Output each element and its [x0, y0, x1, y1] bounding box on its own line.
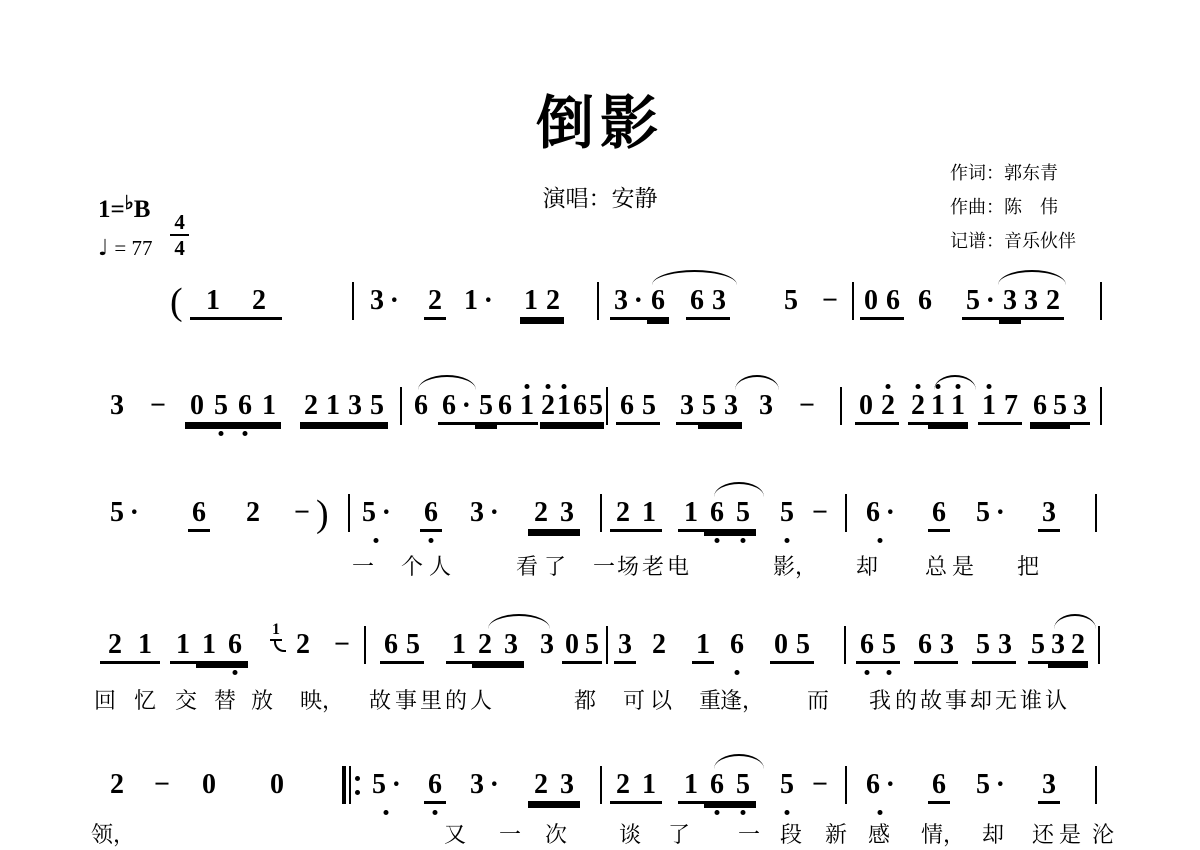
note: − — [150, 769, 174, 801]
lyric-syllable: 把 — [1017, 550, 1039, 581]
note: 1 — [636, 497, 662, 529]
note-group: 5 · — [106, 497, 143, 529]
lyric-syllable: 谈 — [619, 818, 641, 849]
note: 3 — [936, 629, 958, 661]
barline — [348, 494, 350, 532]
note: 6 — [704, 497, 730, 529]
lyric-syllable: 事 — [395, 684, 417, 715]
note: 3 — [536, 629, 558, 661]
note: 0 — [770, 629, 792, 661]
note: 2 — [106, 769, 128, 801]
barline — [400, 387, 402, 425]
note: 3 — [1070, 390, 1090, 422]
lyric-syllable: 以 — [650, 684, 672, 715]
note: 0 — [198, 769, 220, 801]
note-group: 3 — [1038, 769, 1060, 801]
note: 6 — [188, 497, 210, 529]
barline — [844, 626, 846, 664]
note: 6 — [420, 497, 442, 529]
note: 2 — [540, 390, 556, 422]
note-group: 3 — [755, 390, 777, 422]
note: 6 — [914, 285, 936, 317]
music-line: 5 ·62−)5 ·63 ·23211655−6 ·65 ·3 — [0, 497, 1200, 531]
lyric-syllable: 了 — [544, 550, 566, 581]
lyric-syllable: 逢， — [720, 684, 764, 715]
note-group: 3 — [614, 629, 636, 661]
note-group: 23 — [528, 497, 580, 529]
score: (123 ·21 ·123 ·6635−0665 ·3323−056121356… — [0, 0, 1200, 850]
note: 1 — [170, 629, 196, 661]
barline — [840, 387, 842, 425]
slur-arc — [1054, 614, 1096, 629]
note-group: 6 — [410, 390, 432, 422]
note: 3 — [720, 390, 742, 422]
note-group: 3 ·6 — [610, 285, 669, 317]
note: 6 — [424, 769, 446, 801]
barline — [1095, 494, 1097, 532]
note: 2 — [542, 285, 564, 317]
note-group: 2 — [292, 629, 314, 661]
note: 6 — [494, 390, 516, 422]
note-group: 1 — [692, 629, 714, 661]
note-group: 02 — [855, 390, 899, 422]
note-group: 6 ·5 — [438, 390, 497, 422]
note-group: 6 — [928, 769, 950, 801]
note-group: 53 — [972, 629, 1016, 661]
note-group: 05 — [562, 629, 602, 661]
note: 2 — [424, 285, 446, 317]
note-group: 6 — [928, 497, 950, 529]
note: 3 — [554, 497, 580, 529]
note-group: 21 — [610, 769, 662, 801]
note-group: 0 — [198, 769, 220, 801]
note-group: 61 — [494, 390, 538, 422]
note: 6 — [572, 390, 588, 422]
repeat-dot — [355, 776, 360, 781]
note: 3 — [994, 629, 1016, 661]
lyric-syllable: 回 — [94, 684, 116, 715]
note: 0 — [562, 629, 582, 661]
note: − — [795, 390, 819, 422]
lyric-syllable: 沦 — [1092, 818, 1114, 849]
lyric-syllable: 的 — [895, 684, 917, 715]
note-group: 3 · — [466, 497, 503, 529]
slur-arc — [714, 482, 764, 497]
lyric-syllable: 映， — [300, 684, 344, 715]
barline — [852, 282, 854, 320]
note: 6 — [914, 629, 936, 661]
note: 5 — [402, 629, 424, 661]
lyric-syllable: 都 — [574, 684, 596, 715]
note: 2 — [1042, 285, 1064, 317]
barline — [352, 282, 354, 320]
lyric-syllable: 电 — [667, 550, 689, 581]
lyric-syllable: 却 — [970, 684, 992, 715]
note: 5 · — [106, 497, 143, 529]
lyric-syllable: 故 — [920, 684, 942, 715]
note: 6 — [686, 285, 708, 317]
note-group: 6 — [188, 497, 210, 529]
note-group: 6 · — [862, 769, 899, 801]
note: 5 · — [358, 497, 395, 529]
note: 1 — [678, 769, 704, 801]
note: 3 — [614, 629, 636, 661]
barline — [364, 626, 366, 664]
lyrics-line: 领，又一次谈了一段新感情，却还是沦 — [0, 818, 1200, 848]
note-group: 3 · — [466, 769, 503, 801]
note: 3 — [755, 390, 777, 422]
lyric-syllable: 了 — [668, 818, 690, 849]
note: 5 · — [962, 285, 999, 317]
note: 6 · — [862, 497, 899, 529]
note: − — [818, 285, 842, 317]
note: 5 · — [972, 497, 1009, 529]
note-group: 12 — [190, 285, 282, 317]
lyric-syllable: 个 — [401, 550, 423, 581]
note: 5 — [1028, 629, 1048, 661]
note-group: 5 — [780, 285, 802, 317]
note: − — [290, 497, 314, 529]
note: 1 — [322, 390, 344, 422]
note: 6 — [410, 390, 432, 422]
slur-arc — [652, 270, 737, 285]
note: 2 — [100, 629, 130, 661]
note-group: 211 — [908, 390, 968, 422]
lyric-syllable: 替 — [214, 684, 236, 715]
note: 6 — [616, 390, 638, 422]
note: 2 — [242, 497, 264, 529]
lyric-syllable: 一 — [593, 550, 615, 581]
note: 5 — [972, 629, 994, 661]
note: 5 — [792, 629, 814, 661]
note-group: 3 · — [366, 285, 403, 317]
note: 3 — [1020, 285, 1042, 317]
note: 3 — [676, 390, 698, 422]
note: 5 — [780, 285, 802, 317]
note-group: 2165 — [540, 390, 604, 422]
note: 3 · — [466, 497, 503, 529]
note: 3 · — [466, 769, 503, 801]
slur-arc — [714, 754, 764, 769]
note: 2 — [610, 769, 636, 801]
note-group: − — [818, 285, 842, 317]
grace-note: 1 — [270, 621, 282, 641]
lyric-syllable: 一 — [352, 550, 374, 581]
lyric-syllable: 里 — [420, 684, 442, 715]
note: 2 — [300, 390, 322, 422]
note: 0 — [860, 285, 882, 317]
repeat-thin-bar — [349, 766, 351, 804]
barline — [606, 626, 608, 664]
lyric-syllable: 却 — [982, 818, 1004, 849]
note-group: 5 · — [972, 769, 1009, 801]
note: 3 — [999, 285, 1021, 317]
note-group: 165 — [678, 769, 756, 801]
lyric-syllable: 重 — [699, 684, 721, 715]
note: 6 · — [862, 769, 899, 801]
note-group: 63 — [914, 629, 958, 661]
note-group: − — [290, 497, 314, 529]
barline — [1095, 766, 1097, 804]
note: 6 · — [438, 390, 475, 422]
note: 5 — [878, 629, 900, 661]
note: 3 — [554, 769, 580, 801]
lyric-syllable: 看 — [516, 550, 538, 581]
note-group: 5 — [776, 497, 798, 529]
note-group: 532 — [1028, 629, 1088, 661]
barline — [845, 494, 847, 532]
note: − — [146, 390, 170, 422]
note: 7 — [1000, 390, 1022, 422]
note-group: 165 — [678, 497, 756, 529]
note-group: − — [795, 390, 819, 422]
intro-parenthesis: ) — [316, 492, 329, 536]
note: 6 — [647, 285, 669, 317]
note: 6 — [233, 390, 257, 422]
lyrics-line: 一个人看了一场老电影，却总是把 — [0, 550, 1200, 580]
note-group: 05 — [770, 629, 814, 661]
note-group: 3 — [1038, 497, 1060, 529]
lyric-syllable: 而 — [807, 684, 829, 715]
note: 0 — [266, 769, 288, 801]
repeat-thick-bar — [342, 766, 346, 804]
lyric-syllable: 人 — [429, 550, 451, 581]
repeat-dots — [355, 766, 360, 804]
note: 1 — [520, 285, 542, 317]
note: 6 — [928, 769, 950, 801]
lyric-syllable: 谁 — [1020, 684, 1042, 715]
note: 6 — [882, 285, 904, 317]
note: 5 · — [368, 769, 405, 801]
music-line: 3−0561213566 ·5612165653533−0221117653 — [0, 390, 1200, 424]
barline — [845, 766, 847, 804]
note-group: − — [808, 497, 832, 529]
barline — [1100, 387, 1102, 425]
note: 1 · — [460, 285, 497, 317]
note-group: 12 — [520, 285, 564, 317]
slur-arc — [934, 375, 976, 390]
note-group: 2135 — [300, 390, 388, 422]
note: 5 — [638, 390, 660, 422]
note: 1 — [556, 390, 572, 422]
note: 5 — [1050, 390, 1070, 422]
barline — [600, 766, 602, 804]
note: 2 — [292, 629, 314, 661]
note: 5 — [582, 629, 602, 661]
note-group: 353 — [676, 390, 742, 422]
music-line: (123 ·21 ·123 ·6635−0665 ·332 — [0, 285, 1200, 319]
note-group: 5 · — [368, 769, 405, 801]
note: 6 — [726, 629, 748, 661]
note: 2 — [908, 390, 928, 422]
barline — [597, 282, 599, 320]
note-group: − — [150, 769, 174, 801]
lyric-syllable: 感 — [868, 818, 890, 849]
note-group: 5 · — [972, 497, 1009, 529]
note: 6 — [380, 629, 402, 661]
note: 5 — [776, 769, 798, 801]
note-group: − — [808, 769, 832, 801]
note: 6 — [856, 629, 878, 661]
repeat-begin-barline — [342, 766, 360, 804]
note-group: − — [330, 629, 354, 661]
lyric-syllable: 情， — [921, 818, 965, 849]
lyric-syllable: 可 — [623, 684, 645, 715]
note-group: 0561 — [185, 390, 281, 422]
note-group: 5 — [776, 769, 798, 801]
note: 5 — [730, 769, 756, 801]
music-line: 2111612−65123305321605656353532 — [0, 629, 1200, 663]
note: 3 · — [366, 285, 403, 317]
sheet-music-page: 倒影 演唱：安静 作词：郭东青 作曲：陈 伟 记谱：音乐伙伴 1=♭B44 ♩=… — [0, 0, 1200, 850]
note: 2 — [528, 769, 554, 801]
lyric-syllable: 影， — [773, 550, 817, 581]
note-group: 2 — [106, 769, 128, 801]
note: 2 — [472, 629, 498, 661]
note-group: 2 — [242, 497, 264, 529]
note: 0 — [855, 390, 877, 422]
note: 3 — [1038, 497, 1060, 529]
lyric-syllable: 老 — [642, 550, 664, 581]
note-group: 116 — [170, 629, 248, 661]
note: 5 — [366, 390, 388, 422]
note-group: 17 — [978, 390, 1022, 422]
note: 5 · — [972, 769, 1009, 801]
note-group: 63 — [686, 285, 730, 317]
barline — [1100, 282, 1102, 320]
note: 2 — [1068, 629, 1088, 661]
lyric-syllable: 我 — [869, 684, 891, 715]
note: 1 — [446, 629, 472, 661]
lyric-syllable: 总 — [925, 550, 947, 581]
note-group: 5 · — [358, 497, 395, 529]
note: 2 — [648, 629, 670, 661]
note-group: 1 · — [460, 285, 497, 317]
note-group: 2 — [424, 285, 446, 317]
note: 5 — [209, 390, 233, 422]
lyric-syllable: 场 — [617, 550, 639, 581]
slur-arc — [418, 375, 476, 390]
note: 1 — [257, 390, 281, 422]
note-group: 21 — [100, 629, 160, 661]
note-group: 6 · — [862, 497, 899, 529]
note-group: 65 — [856, 629, 900, 661]
note: − — [808, 769, 832, 801]
note: 2 — [528, 497, 554, 529]
lyric-syllable: 的 — [445, 684, 467, 715]
note: 2 — [236, 285, 282, 317]
note-group: 6 — [424, 769, 446, 801]
note: 3 — [1048, 629, 1068, 661]
lyric-syllable: 段 — [780, 818, 802, 849]
note-group: 6 — [726, 629, 748, 661]
lyric-syllable: 忆 — [134, 684, 156, 715]
note-group: 32 — [1020, 285, 1064, 317]
note: 2 — [877, 390, 899, 422]
barline — [600, 494, 602, 532]
note: 5 — [776, 497, 798, 529]
note-group: 0 — [266, 769, 288, 801]
note: 1 — [978, 390, 1000, 422]
note-group: 06 — [860, 285, 904, 317]
note: 1 — [636, 769, 662, 801]
note-group: 3 — [536, 629, 558, 661]
note: 5 — [730, 497, 756, 529]
note-group: 23 — [528, 769, 580, 801]
lyric-syllable: 故 — [369, 684, 391, 715]
note: 3 — [498, 629, 524, 661]
lyric-syllable: 是 — [1059, 818, 1081, 849]
note: 6 — [222, 629, 248, 661]
lyric-syllable: 无 — [995, 684, 1017, 715]
note: 6 — [928, 497, 950, 529]
barline — [606, 387, 608, 425]
lyric-syllable: 次 — [545, 818, 567, 849]
note: 3 — [344, 390, 366, 422]
note-group: 65 — [616, 390, 660, 422]
lyric-syllable: 认 — [1045, 684, 1067, 715]
note: 1 — [130, 629, 160, 661]
note: 3 · — [610, 285, 647, 317]
note-group: 6 — [420, 497, 442, 529]
repeat-dot — [355, 790, 360, 795]
note-group: 6 — [914, 285, 936, 317]
slur-arc — [488, 614, 550, 629]
lyric-syllable: 新 — [825, 818, 847, 849]
note-group: − — [146, 390, 170, 422]
lyric-syllable: 是 — [952, 550, 974, 581]
note-group: 5 ·3 — [962, 285, 1021, 317]
lyrics-line: 回忆交替放映，故事里的人都可以重逢，而我的故事却无谁认 — [0, 684, 1200, 714]
note: 1 — [196, 629, 222, 661]
note: − — [808, 497, 832, 529]
note: 1 — [678, 497, 704, 529]
note-group: 123 — [446, 629, 524, 661]
barline — [1098, 626, 1100, 664]
note-group: 2 — [648, 629, 670, 661]
lyric-syllable: 领， — [91, 818, 135, 849]
note-group: 653 — [1030, 390, 1090, 422]
note: 1 — [692, 629, 714, 661]
note: 5 — [588, 390, 604, 422]
lyric-syllable: 却 — [856, 550, 878, 581]
lyric-syllable: 一 — [738, 818, 760, 849]
note: − — [330, 629, 354, 661]
note: 5 — [698, 390, 720, 422]
note: 1 — [516, 390, 538, 422]
note: 1 — [190, 285, 236, 317]
music-line: 2−005 ·63 ·23211655−6 ·65 ·3 — [0, 769, 1200, 803]
lyric-syllable: 放 — [251, 684, 273, 715]
lyric-syllable: 人 — [470, 684, 492, 715]
note: 3 — [708, 285, 730, 317]
note: 3 — [106, 390, 128, 422]
note: 3 — [1038, 769, 1060, 801]
slur-arc — [998, 270, 1066, 285]
note: 6 — [704, 769, 730, 801]
intro-parenthesis: ( — [170, 280, 183, 324]
lyric-syllable: 又 — [444, 818, 466, 849]
lyric-syllable: 交 — [175, 684, 197, 715]
note: 0 — [185, 390, 209, 422]
note: 1 — [928, 390, 948, 422]
lyric-syllable: 事 — [945, 684, 967, 715]
lyric-syllable: 还 — [1032, 818, 1054, 849]
note: 1 — [948, 390, 968, 422]
note: 6 — [1030, 390, 1050, 422]
lyric-syllable: 一 — [499, 818, 521, 849]
slur-arc — [735, 375, 779, 390]
